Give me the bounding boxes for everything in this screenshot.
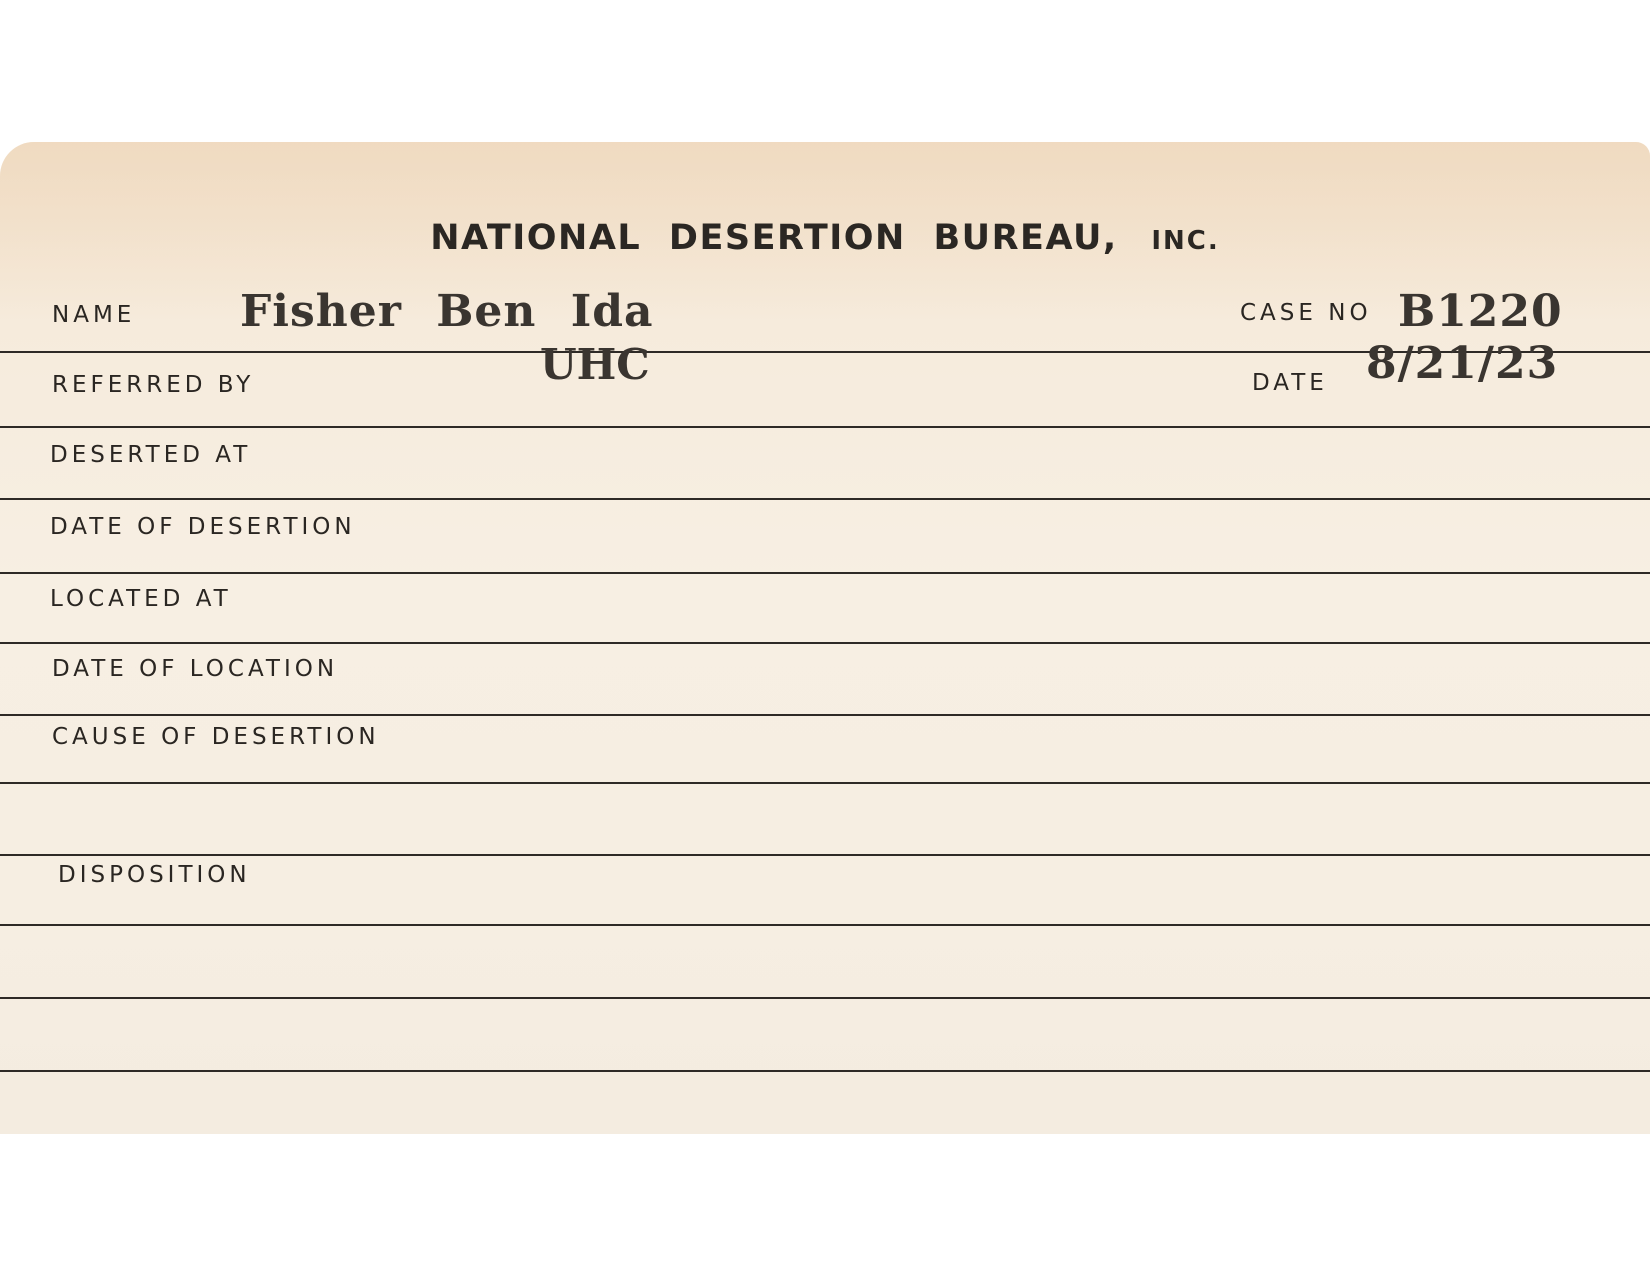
date-of-location-label: DATE OF LOCATION bbox=[52, 656, 338, 682]
disposition-label: DISPOSITION bbox=[58, 862, 251, 888]
referred-by-label: REFERRED BY bbox=[52, 372, 254, 398]
name-value: Fisher Ben Ida bbox=[240, 286, 654, 337]
bureau-name: NATIONAL DESERTION BUREAU, bbox=[430, 218, 1117, 258]
date-value: 8/21/23 bbox=[1366, 338, 1558, 389]
rule-located-at bbox=[0, 642, 1650, 644]
rule-deserted-at bbox=[0, 498, 1650, 500]
name-label: NAME bbox=[52, 302, 135, 328]
rule-date-of-desertion bbox=[0, 572, 1650, 574]
rule-disposition-continued-1 bbox=[0, 997, 1650, 999]
case-no-value: B1220 bbox=[1398, 286, 1563, 337]
index-card: NATIONAL DESERTION BUREAU, INC. NAME Fis… bbox=[0, 142, 1650, 1134]
bureau-suffix: INC. bbox=[1151, 226, 1219, 256]
rule-disposition bbox=[0, 924, 1650, 926]
card-title: NATIONAL DESERTION BUREAU, INC. bbox=[0, 218, 1650, 258]
cause-of-desertion-label: CAUSE OF DESERTION bbox=[52, 724, 380, 750]
located-at-label: LOCATED AT bbox=[50, 586, 232, 612]
referred-by-value: UHC bbox=[540, 340, 650, 389]
rule-cause-of-desertion bbox=[0, 782, 1650, 784]
rule-referred-by bbox=[0, 426, 1650, 428]
date-of-desertion-label: DATE OF DESERTION bbox=[50, 514, 356, 540]
case-no-label: CASE NO bbox=[1240, 300, 1372, 326]
date-label: DATE bbox=[1252, 370, 1328, 396]
deserted-at-label: DESERTED AT bbox=[50, 442, 251, 468]
rule-disposition-continued-2 bbox=[0, 1070, 1650, 1072]
rule-date-of-location bbox=[0, 714, 1650, 716]
rule-cause-continued bbox=[0, 854, 1650, 856]
